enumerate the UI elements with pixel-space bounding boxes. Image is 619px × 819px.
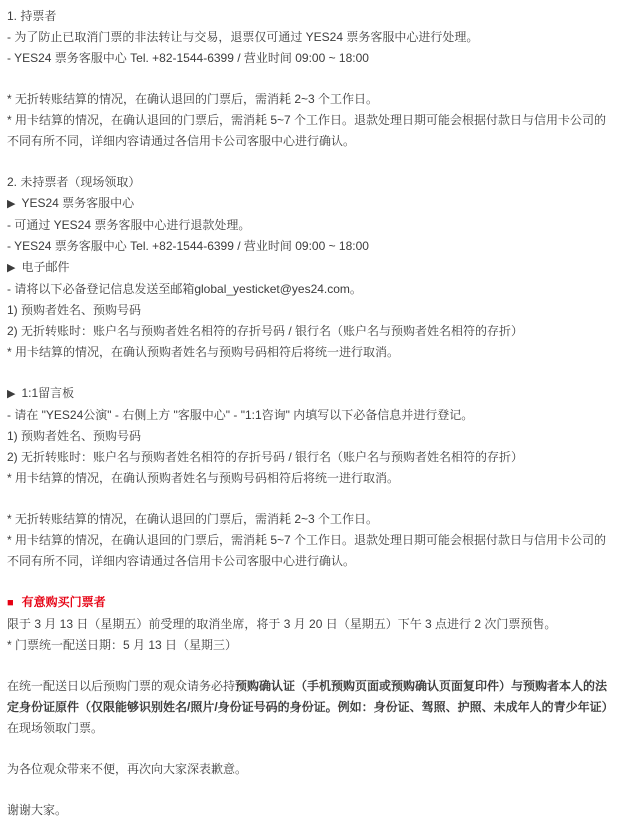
section2-title: 2. 未持票者（现场领取） [7, 172, 612, 193]
triangle-bullet-icon: ▶ [7, 384, 15, 405]
buyers-delivery-date-line: * 门票统一配送日期：5 月 13 日（星期三） [7, 635, 612, 656]
red-square-icon: ■ [7, 593, 14, 614]
board-header: ▶1:1留言板 [7, 383, 612, 405]
thanks-line: 谢谢大家。 [7, 800, 612, 819]
board-line-note: * 用卡结算的情况，在确认预购者姓名与预购号码相符后将统一进行取消。 [7, 468, 612, 489]
pickup-notice-prefix: 在统一配送日以后预购门票的观众请务必持 [7, 679, 235, 693]
pickup-notice: 在统一配送日以后预购门票的观众请务必持预购确认证（手机预购页面或预购确认页面复印… [7, 676, 612, 739]
service-center-line: - 可通过 YES24 票务客服中心进行退款处理。 [7, 215, 612, 236]
email-line-item1: 1) 预购者姓名、预购号码 [7, 300, 612, 321]
email-line-address: - 请将以下必备登记信息发送至邮箱global_yesticket@yes24.… [7, 279, 612, 300]
section2-note-card: * 用卡结算的情况，在确认退回的门票后，需消耗 5~7 个工作日。退款处理日期可… [7, 530, 612, 572]
email-header-label: 电子邮件 [21, 260, 69, 274]
email-line-note: * 用卡结算的情况，在确认预购者姓名与预购号码相符后将统一进行取消。 [7, 342, 612, 363]
email-header: ▶电子邮件 [7, 257, 612, 279]
service-center-header: ▶YES24 票务客服中心 [7, 193, 612, 215]
board-line-item2: 2) 无折转账时：账户名与预购者姓名相符的存折号码 / 银行名（账户名与预购者姓… [7, 447, 612, 468]
pickup-notice-suffix: 在现场领取门票。 [7, 721, 103, 735]
service-center-contact-line: - YES24 票务客服中心 Tel. +82-1544-6399 / 营业时间… [7, 236, 612, 257]
service-center-header-label: YES24 票务客服中心 [21, 196, 134, 210]
section1-title: 1. 持票者 [7, 6, 612, 27]
section1-note-card: * 用卡结算的情况，在确认退回的门票后，需消耗 5~7 个工作日。退款处理日期可… [7, 110, 612, 152]
triangle-bullet-icon: ▶ [7, 194, 15, 215]
section2-note-bank: * 无折转账结算的情况，在确认退回的门票后，需消耗 2~3 个工作日。 [7, 509, 612, 530]
email-line-item2: 2) 无折转账时：账户名与预购者姓名相符的存折号码 / 银行名（账户名与预购者姓… [7, 321, 612, 342]
buyers-section-title: ■有意购买门票者 [7, 592, 612, 614]
section1-line: - 为了防止已取消门票的非法转让与交易，退票仅可通过 YES24 票务客服中心进… [7, 27, 612, 48]
buyers-section-title-label: 有意购买门票者 [22, 595, 106, 609]
section1-note-bank: * 无折转账结算的情况，在确认退回的门票后，需消耗 2~3 个工作日。 [7, 89, 612, 110]
board-header-label: 1:1留言板 [21, 386, 74, 400]
board-line-item1: 1) 预购者姓名、预购号码 [7, 426, 612, 447]
apology-line: 为各位观众带来不便，再次向大家深表歉意。 [7, 759, 612, 780]
board-line-instruction: - 请在 "YES24公演" - 右侧上方 "客服中心" - "1:1咨询" 内… [7, 405, 612, 426]
triangle-bullet-icon: ▶ [7, 258, 15, 279]
buyers-resale-line: 限于 3 月 13 日（星期五）前受理的取消坐席，将于 3 月 20 日（星期五… [7, 614, 612, 635]
refund-notice-document: 1. 持票者 - 为了防止已取消门票的非法转让与交易，退票仅可通过 YES24 … [7, 6, 612, 819]
section1-contact-line: - YES24 票务客服中心 Tel. +82-1544-6399 / 营业时间… [7, 48, 612, 69]
